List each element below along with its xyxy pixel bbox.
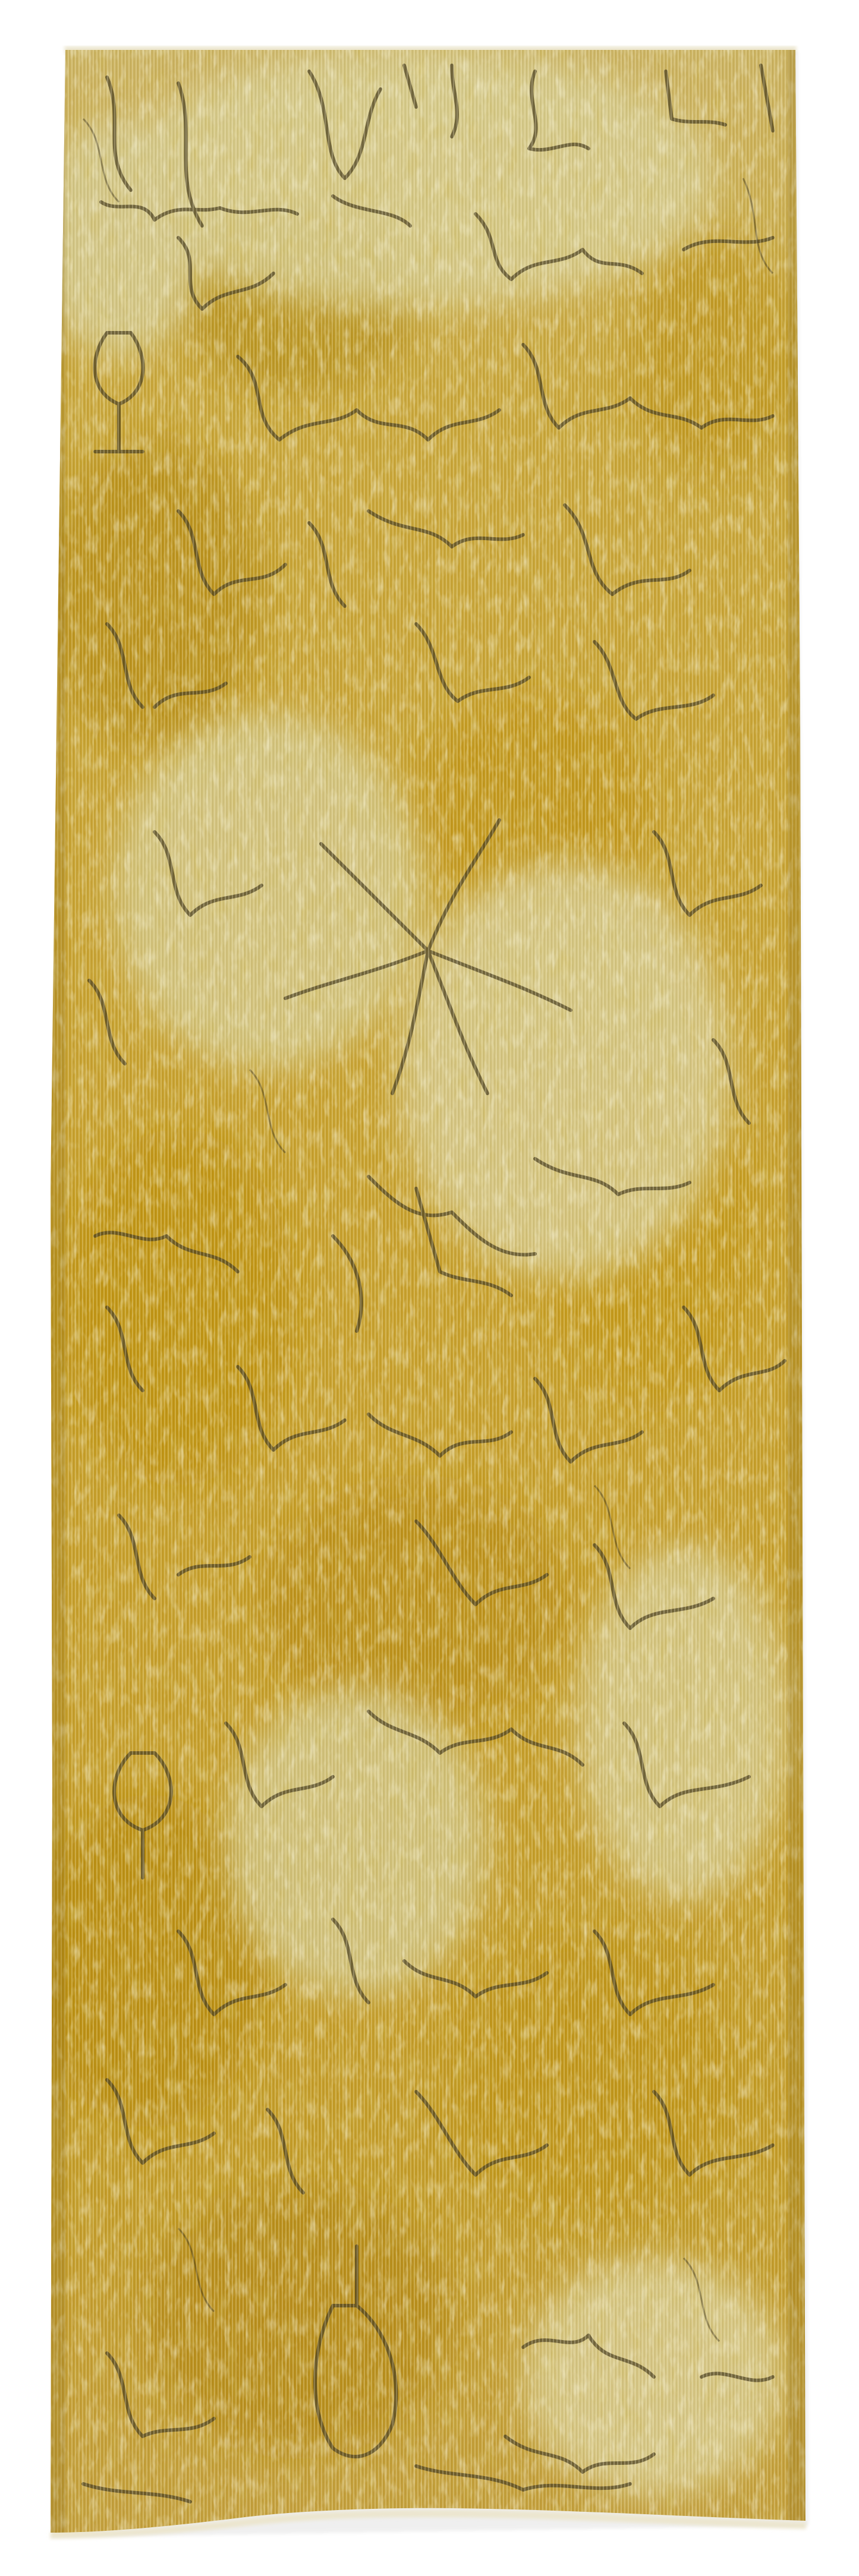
rug-illustration <box>0 0 859 2576</box>
product-photo-background <box>0 0 859 2576</box>
yellow-vintage-runner-rug <box>0 0 859 2576</box>
